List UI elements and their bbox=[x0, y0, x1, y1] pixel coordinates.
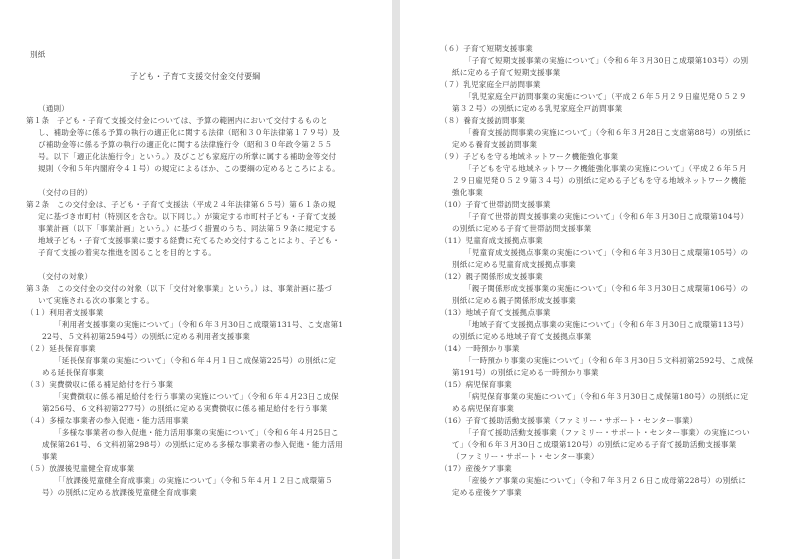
document-title: 子ども・子育て支援交付金交付要綱 bbox=[130, 72, 260, 82]
text-line: （４）多様な事業者の参入促進・能力活用事業 bbox=[26, 416, 189, 426]
text-line: 「子育て世帯訪問支援事業の実施について」（令和６年３月30日こ成環第104号） bbox=[464, 212, 748, 222]
document-viewer: 別紙 子ども・子育て支援交付金交付要綱 （通則）第１条 子ども・子育て支援交付金… bbox=[0, 0, 795, 559]
text-line: 第３条 この交付金の交付の対象（以下「交付対象事業」という。）は、事業計画に基づ bbox=[26, 284, 332, 294]
text-line: 地域子ども・子育て支援事業に要する経費に充てるため交付することにより、子ども・ bbox=[38, 236, 340, 246]
text-line: （８）養育支援訪問事業 bbox=[440, 116, 525, 126]
text-line: （５）放課後児童健全育成事業 bbox=[26, 464, 134, 474]
text-line: 「多様な事業者の参入促進・能力活用事業の実施について」（令和６年４月25日こ bbox=[54, 428, 339, 438]
text-line: いて実施される次の事業とする。 bbox=[38, 296, 154, 306]
text-line: める延長保育事業 bbox=[42, 368, 104, 378]
text-line: 「実費徴収に係る補足給付を行う事業の実施について」（令和６年４月23日こ成保 bbox=[54, 392, 339, 402]
text-line: び補助金等に係る予算の執行の適正化に関する法律施行令（昭和３０年政令第２５５ bbox=[38, 140, 332, 150]
page-gutter bbox=[392, 0, 400, 559]
text-line: の別紙に定める地域子育て支援拠点事業 bbox=[452, 332, 591, 342]
text-line: （９）子どもを守る地域ネットワーク機能強化事業 bbox=[440, 152, 618, 162]
text-line: 定に基づき市町村（特別区を含む。以下同じ。）が策定する市町村子ども・子育て支援 bbox=[38, 212, 336, 222]
text-line: 第256号、６文科初第277号）の別紙に定める実費徴収に係る補足給付を行う事業 bbox=[42, 404, 327, 414]
text-line: 「「放課後児童健全育成事業」の実施について」（令和５年４月１２日こ成環第５ bbox=[54, 476, 333, 486]
attachment-label: 別紙 bbox=[30, 50, 46, 60]
text-line: （３）実費徴収に係る補足給付を行う事業 bbox=[26, 380, 173, 390]
text-line: て」（令和６年３月30日こ成環第120号）の別紙に定める子育て援助活動支援事業 bbox=[452, 440, 736, 450]
page-left: 別紙 子ども・子育て支援交付金交付要綱 （通則）第１条 子ども・子育て支援交付金… bbox=[0, 0, 392, 559]
text-line: （２）延長保育事業 bbox=[26, 344, 96, 354]
text-line: （14）一時預かり事業 bbox=[440, 344, 520, 354]
text-line: （10）子育て世帯訪問支援事業 bbox=[440, 200, 551, 210]
text-line: 「延長保育事業の実施について」（令和６年４月１日こ成保第225号）の別紙に定 bbox=[54, 356, 336, 366]
text-line: 「病児保育事業の実施について」（令和６年３月30日こ成保第180号）の別紙に定 bbox=[464, 392, 748, 402]
text-line: 規則（令和５年内閣府令４１号）の規定によるほか、この要綱の定めるところによる。 bbox=[38, 164, 340, 174]
text-line: 「子育て短期支援事業の実施について」（令和６年３月30日こ成環第103号）の別 bbox=[464, 56, 748, 66]
text-line: し、補助金等に係る予算の執行の適正化に関する法律（昭和３０年法律第１７９号）及 bbox=[38, 128, 340, 138]
text-line: （通則） bbox=[38, 104, 69, 114]
text-line: （交付の目的） bbox=[38, 188, 92, 198]
text-line: 「子育て援助活動支援事業（ファミリー・サポート・センター事業）の実施につい bbox=[464, 428, 750, 438]
text-line: 成保第261号、６文科初第298号）の別紙に定める多様な事業者の参入促進・能力活… bbox=[42, 440, 343, 450]
text-line: 第３２号）の別紙に定める乳児家庭全戸訪問事業 bbox=[452, 104, 622, 114]
text-line: （17）産後ケア事業 bbox=[440, 464, 512, 474]
text-line: 「地域子育て支援拠点事業の実施について」（令和６年３月30日こ成環第113号） bbox=[464, 320, 748, 330]
text-line: （15）病児保育事業 bbox=[440, 380, 512, 390]
text-line: （11）児童育成支援拠点事業 bbox=[440, 236, 543, 246]
text-line: 号。以下「適正化法施行令」という。）及びこども家庭庁の所掌に属する補助金等交付 bbox=[38, 152, 336, 162]
text-line: 「子どもを守る地域ネットワーク機能強化事業の実施について」（平成２６年５月 bbox=[464, 164, 747, 174]
text-line: 定める産後ケア事業 bbox=[452, 488, 522, 498]
text-line: 事業 bbox=[42, 452, 58, 462]
text-line: 別紙に定める親子関係形成支援事業 bbox=[452, 296, 576, 306]
page-right: （６）子育て短期支援事業「子育て短期支援事業の実施について」（令和６年３月30日… bbox=[400, 0, 795, 559]
text-line: （ファミリー・サポート・センター事業） bbox=[452, 452, 599, 462]
text-line: （13）地域子育て支援拠点事業 bbox=[440, 308, 551, 318]
text-line: （16）子育て援助活動支援事業（ファミリー・サポート・センター事業） bbox=[440, 416, 697, 426]
text-line: 「親子関係形成支援事業の実施について」（令和６年３月30日こ成環第106号）の bbox=[464, 284, 748, 294]
text-line: 第２条 この交付金は、子ども・子育て支援法（平成２４年法律第６５号）第６１条の規 bbox=[26, 200, 336, 210]
text-line: 子育て支援の着実な推進を図ることを目的とする。 bbox=[38, 248, 216, 258]
text-line: 第１条 子ども・子育て支援交付金については、予算の範囲内において交付するものと bbox=[26, 116, 328, 126]
text-line: （７）乳児家庭全戸訪問事業 bbox=[440, 80, 541, 90]
text-line: 号）の別紙に定める放課後児童健全育成事業 bbox=[42, 488, 197, 498]
text-line: 「児童育成支援拠点事業の実施について」（令和６年３月30日こ成環第105号）の bbox=[464, 248, 748, 258]
text-line: 定める養育支援訪問事業 bbox=[452, 140, 537, 150]
text-line: 「養育支援訪問事業の実施について」（令和６年３月28日こ支虐第88号）の別紙に bbox=[464, 128, 751, 138]
text-line: 「乳児家庭全戸訪問事業の実施について」（平成２６年５月２９日雇児発０５２９ bbox=[464, 92, 747, 102]
text-line: 「一時預かり事業の実施について」（令和６年３月30日５文科初第2592号、こ成保 bbox=[464, 356, 753, 366]
text-line: 強化事業 bbox=[452, 188, 483, 198]
text-line: の別紙に定める子育て世帯訪問支援事業 bbox=[452, 224, 591, 234]
text-line: （交付の対象） bbox=[38, 272, 92, 282]
text-line: 紙に定める子育て短期支援事業 bbox=[452, 68, 560, 78]
text-line: （１）利用者支援事業 bbox=[26, 308, 103, 318]
text-line: 第191号）の別紙に定める一時預かり事業 bbox=[452, 368, 599, 378]
text-line: ２９日雇児発０５２９第３４号）の別紙に定める子どもを守る地域ネットワーク機能 bbox=[452, 176, 746, 186]
text-line: 22号、５文科初第2594号）の別紙に定める利用者支援事業 bbox=[42, 332, 250, 342]
text-line: 「利用者支援事業の実施について」（令和６年３月30日こ成環第131号、こ支虐第1 bbox=[54, 320, 343, 330]
text-line: （12）親子関係形成支援事業 bbox=[440, 272, 543, 282]
text-line: める病児保育事業 bbox=[452, 404, 514, 414]
text-line: 事業計画（以下「事業計画」という。）に基づく措置のうち、同法第５９条に規定する bbox=[38, 224, 336, 234]
text-line: 別紙に定める児童育成支援拠点事業 bbox=[452, 260, 576, 270]
text-line: 「産後ケア事業の実施について」（令和７年３月２６日こ成母第228号）の別紙に bbox=[464, 476, 746, 486]
text-line: （６）子育て短期支援事業 bbox=[440, 44, 533, 54]
